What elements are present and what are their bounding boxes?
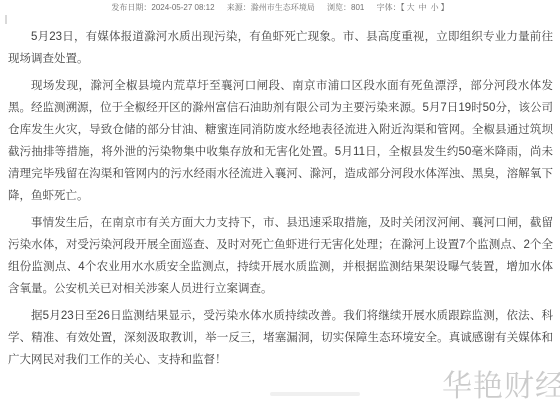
font-size-label-close: 】 <box>441 3 449 12</box>
bottom-smudge-artifact <box>270 392 360 396</box>
page-edge-artifact <box>5 15 7 24</box>
paragraph-1: 5月23日，有媒体报道滁河水质出现污染，有鱼虾死亡现象。市、县高度重视，立即组织… <box>8 26 553 70</box>
font-size-medium-link[interactable]: 中 <box>419 3 427 12</box>
font-size-small-link[interactable]: 小 <box>431 3 439 12</box>
watermark: 华艳财经 <box>442 361 560 400</box>
meta-bar: 发布日期：2024-05-27 08:12 来源：滁州市生态环境局 浏览：801… <box>0 0 560 13</box>
publish-date: 发布日期：2024-05-27 08:12 <box>111 3 214 12</box>
font-size-label: 字体：【 <box>377 3 405 12</box>
font-size-control: 字体：【大中小】 <box>377 3 449 12</box>
source-label: 来源：滁州市生态环境局 <box>227 3 315 12</box>
paragraph-2: 现场发现，滁河全椒县境内荒草圩至襄河口闸段、南京市浦口区段水面有死鱼漂浮，部分河… <box>8 75 553 207</box>
article-body: 5月23日，有媒体报道滁河水质出现污染，有鱼虾死亡现象。市、县高度重视，立即组织… <box>0 26 560 371</box>
views-count: 浏览：801 <box>327 3 364 12</box>
paragraph-3: 事情发生后，在南京市有关方面大力支持下，市、县迅速采取措施，及时关闭汊河闸、襄河… <box>8 212 553 300</box>
article-page: 发布日期：2024-05-27 08:12 来源：滁州市生态环境局 浏览：801… <box>0 0 560 400</box>
font-size-large-link[interactable]: 大 <box>407 3 415 12</box>
